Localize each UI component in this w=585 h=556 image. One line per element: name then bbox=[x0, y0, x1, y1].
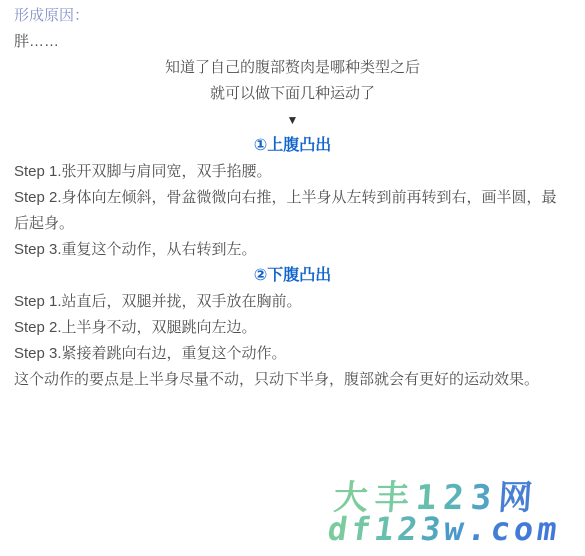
exercise1-step-2: Step 2.身体向左倾斜，骨盆微微向右推，上半身从左转到前再转到右，画半圆，最… bbox=[14, 185, 571, 237]
exercise2-step-3: Step 3.紧接着跳向右边，重复这个动作。 bbox=[14, 341, 571, 367]
exercise2-tip: 这个动作的要点是上半身尽量不动，只动下半身，腹部就会有更好的运动效果。 bbox=[14, 367, 571, 393]
exercise1-step-1: Step 1.张开双脚与肩同宽，双手掐腰。 bbox=[14, 159, 571, 185]
heading-upper-belly: ①上腹凸出 bbox=[14, 133, 571, 159]
section-label-cause: 形成原因： bbox=[14, 3, 571, 29]
watermark-line1: 大丰123网 bbox=[332, 470, 541, 519]
center-line-2: 就可以做下面几种运动了 bbox=[14, 81, 571, 107]
exercise2-step-2: Step 2.上半身不动，双腿跳向左边。 bbox=[14, 315, 571, 341]
exercise1-step-3: Step 3.重复这个动作，从右转到左。 bbox=[14, 237, 571, 263]
article-body: 形成原因： 胖…… 知道了自己的腹部赘肉是哪种类型之后 就可以做下面几种运动了 … bbox=[0, 0, 585, 393]
watermark-line2: df123w.com bbox=[325, 510, 563, 548]
exercise2-step-1: Step 1.站直后，双腿并拢，双手放在胸前。 bbox=[14, 289, 571, 315]
down-triangle-icon: ▼ bbox=[14, 107, 571, 133]
center-line-1: 知道了自己的腹部赘肉是哪种类型之后 bbox=[14, 55, 571, 81]
heading-lower-belly: ②下腹凸出 bbox=[14, 263, 571, 289]
intro-text: 胖…… bbox=[14, 29, 571, 55]
